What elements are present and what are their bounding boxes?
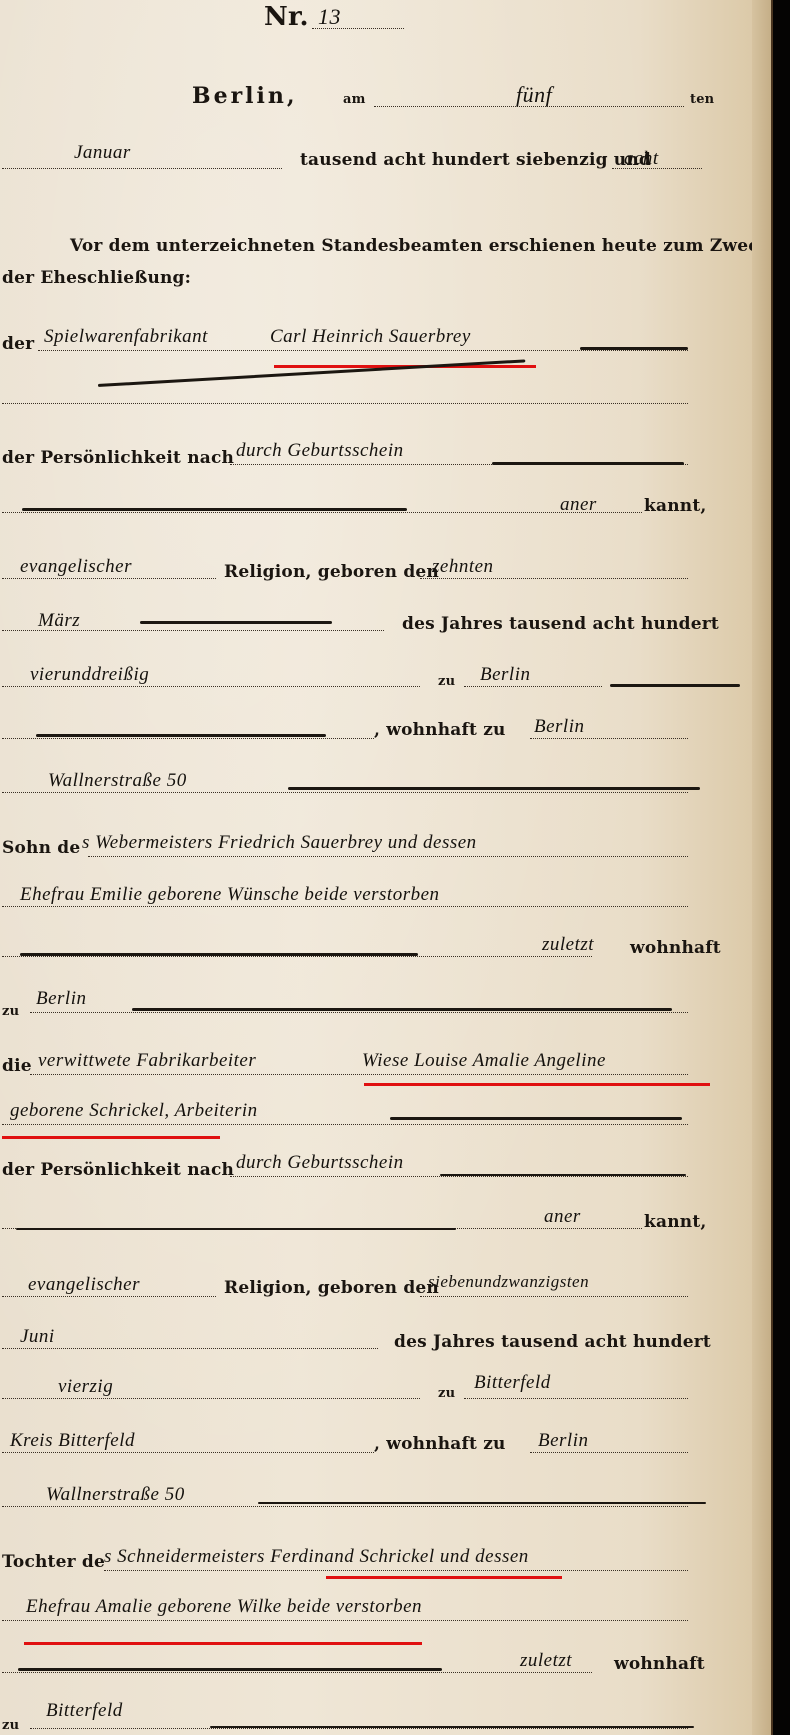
groom-birth-month: März [38, 610, 80, 632]
bride-street: Wallnerstraße 50 [46, 1484, 185, 1506]
groom-parents-line-1: s Webermeisters Friedrich Sauerbrey und … [82, 832, 477, 854]
dotted-line [2, 1620, 688, 1621]
ink-strike [16, 1228, 456, 1230]
bride-label: die [2, 1056, 32, 1076]
bride-identity-label: der Persönlichkeit nach [2, 1160, 234, 1180]
intro-line-1: Vor dem unterzeichneten Standesbeamten e… [70, 236, 771, 256]
dotted-line [2, 956, 592, 957]
groom-occupation: Spielwarenfabrikant [44, 326, 208, 348]
ink-strike [98, 359, 525, 387]
dotted-line [30, 1012, 688, 1013]
ink-strike [22, 508, 407, 511]
month-value: Januar [74, 142, 131, 164]
ink-strike [20, 953, 418, 956]
groom-year-label: des Jahres tausend acht hundert [402, 614, 719, 634]
bride-birth-day: siebenundzwanzigsten [428, 1272, 589, 1292]
dotted-line [312, 28, 404, 29]
groom-religion: evangelischer [20, 556, 132, 578]
ink-strike [132, 1008, 672, 1011]
groom-street: Wallnerstraße 50 [48, 770, 187, 792]
ink-strike [258, 1502, 706, 1504]
dotted-line [2, 578, 216, 579]
record-number: 13 [318, 4, 341, 30]
groom-residence-label: , wohnhaft zu [374, 720, 506, 740]
bride-known-printed: kannt, [644, 1212, 707, 1232]
bride-parents-residence-place: Bitterfeld [46, 1700, 123, 1722]
dotted-line [88, 856, 688, 857]
bride-birth-year: vierzig [58, 1376, 113, 1398]
groom-parents-zu: zu [2, 1004, 19, 1019]
place-heading: Berlin, [192, 83, 298, 109]
dotted-line [30, 1074, 688, 1075]
bride-residence-label: , wohnhaft zu [374, 1434, 506, 1454]
dotted-line [30, 1728, 688, 1729]
red-underline [24, 1642, 422, 1645]
dotted-line [2, 512, 642, 513]
dotted-line [530, 1452, 688, 1453]
groom-parents-label: Sohn de [2, 838, 80, 858]
ink-strike [390, 1117, 682, 1120]
groom-birth-place: Berlin [480, 664, 531, 686]
register-page: Nr. 13 Berlin, am fünf ten Januar tausen… [0, 0, 752, 1735]
groom-residence: Berlin [534, 716, 585, 738]
groom-parents-residence-hand: zuletzt [542, 934, 594, 956]
dotted-line [2, 1124, 688, 1125]
groom-identity-value: durch Geburtsschein [236, 440, 404, 462]
dotted-line [530, 738, 688, 739]
red-underline [2, 1136, 220, 1139]
dotted-line [2, 168, 282, 169]
day-value: fünf [516, 82, 552, 108]
bride-parents-zu: zu [2, 1718, 19, 1733]
page-binding-edge [752, 0, 772, 1735]
dotted-line [2, 403, 688, 404]
ink-strike [140, 621, 332, 624]
groom-zu-label: zu [438, 674, 455, 689]
groom-name: Carl Heinrich Sauerbrey [270, 326, 471, 348]
dotted-line [2, 1398, 420, 1399]
bride-religion-label: Religion, geboren den [224, 1278, 439, 1298]
groom-birth-year: vierunddreißig [30, 664, 149, 686]
groom-identity-label: der Persönlichkeit nach [2, 448, 234, 468]
dotted-line [420, 1296, 688, 1297]
bride-district: Kreis Bitterfeld [10, 1430, 135, 1452]
dotted-line [104, 1570, 688, 1571]
ink-strike [440, 1174, 686, 1176]
bride-occupation: verwittwete Fabrikarbeiter [38, 1050, 256, 1072]
red-underline [364, 1083, 710, 1086]
groom-parents-residence-label: wohnhaft [630, 938, 721, 958]
dotted-line [2, 1452, 374, 1453]
am-label: am [343, 92, 366, 107]
intro-line-2: der Eheschließung: [2, 268, 191, 288]
ink-strike [610, 684, 740, 687]
groom-parents-line-2: Ehefrau Emilie geborene Wünsche beide ve… [20, 884, 440, 906]
dotted-line [2, 1296, 216, 1297]
bride-birth-month: Juni [20, 1326, 55, 1348]
dotted-line [2, 1506, 688, 1507]
dotted-line [464, 1398, 688, 1399]
ink-strike [210, 1726, 694, 1728]
year-printed-text: tausend acht hundert siebenzig und [300, 150, 651, 170]
ten-label: ten [690, 92, 714, 107]
bride-residence: Berlin [538, 1430, 589, 1452]
bride-parents-line-2: Ehefrau Amalie geborene Wilke beide vers… [26, 1596, 422, 1618]
groom-parents-residence-place: Berlin [36, 988, 87, 1010]
bride-parents-label: Tochter de [2, 1552, 105, 1572]
dotted-line [2, 738, 374, 739]
groom-known-hand: aner [560, 494, 597, 516]
dotted-line [2, 1672, 592, 1673]
dotted-line [38, 350, 688, 351]
dotted-line [2, 686, 420, 687]
red-underline [326, 1576, 562, 1579]
dotted-line [464, 686, 602, 687]
dotted-line [2, 792, 688, 793]
year-value: acht [624, 148, 659, 170]
dotted-line [420, 578, 688, 579]
ink-strike [288, 787, 700, 790]
groom-known-printed: kannt, [644, 496, 707, 516]
dotted-line [2, 1348, 378, 1349]
bride-religion: evangelischer [28, 1274, 140, 1296]
record-number-label: Nr. [264, 2, 309, 32]
bride-parents-residence-label: wohnhaft [614, 1654, 705, 1674]
ink-strike [36, 734, 326, 737]
bride-zu-label: zu [438, 1386, 455, 1401]
bride-known-hand: aner [544, 1206, 581, 1228]
bride-parents-residence-hand: zuletzt [520, 1650, 572, 1672]
groom-religion-label: Religion, geboren den [224, 562, 439, 582]
bride-name-line-2: geborene Schrickel, Arbeiterin [10, 1100, 258, 1122]
bride-name: Wiese Louise Amalie Angeline [362, 1050, 606, 1072]
bride-birth-place: Bitterfeld [474, 1372, 551, 1394]
scan-background [773, 0, 790, 1735]
ink-strike [18, 1668, 442, 1671]
bride-identity-value: durch Geburtsschein [236, 1152, 404, 1174]
der-label: der [2, 334, 34, 354]
dotted-line [2, 906, 688, 907]
dotted-line [230, 1176, 688, 1177]
groom-birth-day: zehnten [432, 556, 494, 578]
ink-strike [492, 462, 684, 465]
bride-year-label: des Jahres tausend acht hundert [394, 1332, 711, 1352]
bride-parents-line-1: s Schneidermeisters Ferdinand Schrickel … [104, 1546, 529, 1568]
ink-strike [580, 347, 688, 350]
